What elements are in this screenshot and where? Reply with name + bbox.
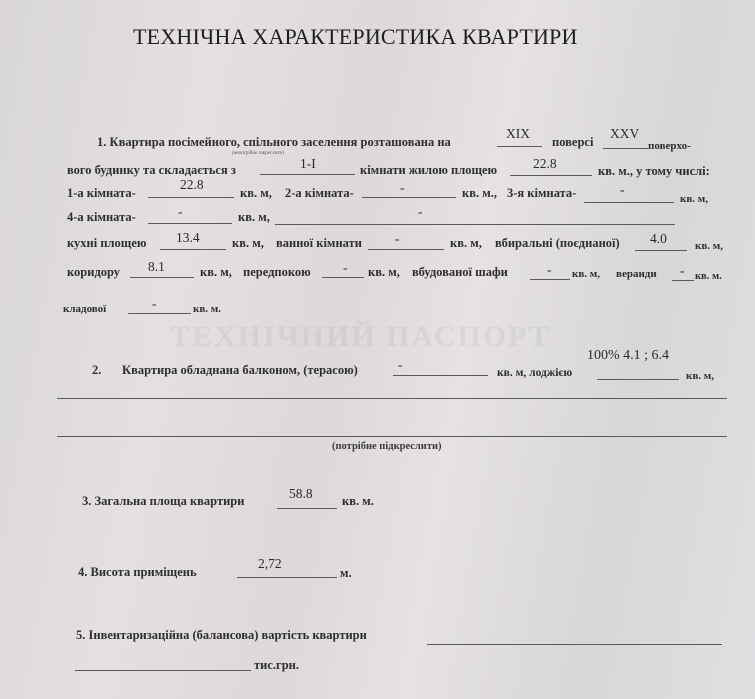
room4-label: 4-а кімната- [67,210,136,225]
rooms-value: 1-І [300,156,316,172]
bathroom-unit: кв. м, [450,236,482,251]
height-value: 2,72 [258,556,282,572]
room4-unit: кв. м, [238,210,270,225]
bathroom-value: - [395,231,400,247]
wardrobe-unit: кв. м, [572,268,600,280]
wardrobe-value: - [547,262,552,278]
inventory-value-label: 5. Інвентаризаційна (балансова) вартість… [76,628,367,643]
hallway-label: передпокою [243,265,311,280]
total-area-label: 3. Загальна площа квартири [82,494,244,509]
toilet-value: 4.0 [650,231,667,247]
inventory-value-unit: тис.грн. [254,658,299,673]
room3-unit: кв. м, [680,193,708,205]
toilet-label: вбиральні (поєднаної) [495,236,620,251]
floors-total-value: XXV [610,126,639,142]
balcony-value: - [398,357,403,373]
loggia-note: 100% 4.1 ; 6.4 [587,348,669,364]
hallway-value: - [343,260,348,276]
section1-intro: 1. Квартира посімейного, спільного засел… [97,135,451,150]
bleed-through-text: ТЕХНІЧНИЙ ПАСПОРТ [170,320,551,354]
living-area-suffix: кв. м., у тому числі: [598,164,710,179]
kitchen-value: 13.4 [176,230,200,246]
balcony-unit: кв. м, лоджією [497,367,572,379]
room3-value: - [620,182,625,198]
corridor-label: коридору [67,265,120,280]
page-title: ТЕХНІЧНА ХАРАКТЕРИСТИКА КВАРТИРИ [133,24,578,50]
room2-unit: кв. м., [462,186,497,201]
room2-value: - [400,180,405,196]
room4-value: - [178,204,183,220]
corridor-unit: кв. м, [200,265,232,280]
hallway-unit: кв. м, [368,265,400,280]
veranda-label: веранди [616,268,657,280]
room1-unit: кв. м, [240,186,272,201]
living-area-label: кімнати жилою площею [360,163,497,178]
corridor-value: 8.1 [148,259,165,275]
section2-number: 2. [92,363,101,378]
section2-text: Квартира обладнана балконом, (терасою) [122,363,358,378]
loggia-unit: кв. м, [686,370,714,382]
living-area-value: 22.8 [533,156,557,172]
storage-label: кладової [63,303,106,315]
total-area-unit: кв. м. [342,494,374,509]
floor-label: поверсі [552,135,593,150]
room2-label: 2-а кімната- [285,186,354,201]
kitchen-label: кухні площею [67,236,146,251]
toilet-unit: кв. м, [695,240,723,252]
floor-value: XIX [506,126,530,142]
room1-value: 22.8 [180,177,204,193]
height-label: 4. Висота приміщень [78,565,197,580]
storage-unit: кв. м. [193,303,221,315]
room1-label: 1-а кімната- [67,186,136,201]
storage-value: - [152,296,157,312]
total-area-value: 58.8 [289,486,313,502]
kitchen-unit: кв. м, [232,236,264,251]
underline-hint-2: (потрібне підкреслити) [332,441,442,452]
building-rooms-label: вого будинку та складається з [67,163,236,178]
room3-label: 3-я кімната- [507,186,576,201]
veranda-unit: кв. м. [695,271,722,282]
underline-hint: (непотрібне закреслити) [232,151,284,156]
height-unit: м. [340,566,352,581]
wardrobe-label: вбудованої шафи [412,265,508,280]
veranda-value: - [680,263,685,279]
bathroom-label: ванної кімнати [276,236,362,251]
floors-total-label: поверхо- [648,140,691,152]
extra-room-value: - [418,204,423,220]
